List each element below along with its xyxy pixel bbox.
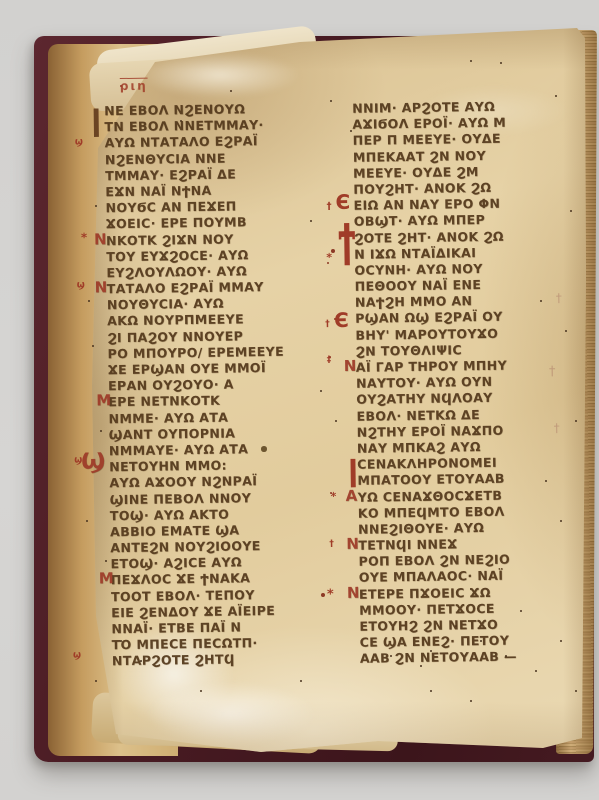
margin-cross: † [327,202,332,212]
line-text: ΚΟ ΜΠΕϤΜΤΟ ΕΒΟΛ [358,503,505,520]
margin-siglum: ϣ [75,138,84,148]
line-text: ΑΪ ΓΑΡ ΤΗΡΟΥ ΜΠΗΥ [356,358,507,375]
margin-siglum: ‡ [327,356,332,365]
line-text: Ν ΙϪΩ ΝΤΑΪΔΙΚΑΙ [354,245,476,262]
line-text: ΝΤΑΡϨΟΤΕ ϨΗΤϤ [112,652,235,669]
line-text: ΑΑΒ ϨΝ ΝΕΤΟΥΑΑΒ — [360,649,517,666]
line-text: ΠΕΡ Π ΜΕΕΥΕ· ΟΥΔΕ [353,131,501,148]
line-text: ϢΙΝΕ ΠΕΒΟΛ ΝΝΟΥ [110,490,252,507]
initial-letter: Ν [346,536,359,552]
margin-siglum: * [327,588,334,601]
line-text: ϪΟΕΙC· ΕΡΕ ΠΟΥΜΒ [106,215,247,232]
line-text: ΕΥϨΛΟΥΛΩΟΥ· ΑΥΩ [106,263,247,280]
line-text: ΝΚΟΤΚ ϨΙϪΝ ΝΟΥ [106,231,234,248]
line-text: ΤΜΜΑΥ· ΕϨΡΑΪ ΔΕ [105,166,236,183]
line-text: ΑΒΒΙΟ ΕΜΑΤΕ ϢΑ [110,522,240,539]
margin-siglum: * [326,252,332,263]
line-text: ΑΥΩ ΝΤΑΤΑΛΟ ΕϨΡΑΪ [105,133,258,150]
rubric-initial-e: Є [334,310,349,330]
line-text: ΝΕ ΕΒΟΛ ΝϨΕΝΟΥΩ [104,101,245,118]
line-text: ϨΝ ΤΟΥΘΛΙΨΙC [355,342,462,358]
line-text: ΤΟΟΤ ΕΒΟΛ· ΤΕΠΟΥ [111,587,255,604]
line-text: ΝϨΕΝΘΥCΙΑ ΝΝΕ [105,150,226,167]
line-text: ΑΚΩ ΝΟΥΡΠΜΕΕΥΕ [107,312,244,329]
line-text: ΝΝΙΜ· ΑΡϨΟΤΕ ΑΥΩ [352,99,495,116]
line-text: ΤΕΤΝϤΙ ΝΝΕϪ [358,536,457,552]
line-text: ΤΟ ΜΠΕCΕ ΠΕCΩΤΠ· [112,635,258,652]
text-line: ΝΤΑΡϨΟΤΕ ϨΗΤϤ [112,650,348,669]
line-text: ΝΑϮϨΗ ΜΜΟ ΑΝ [355,293,473,310]
rubric-initial-e: Є [335,192,350,212]
line-text: ϪΕ ΕΡϢΑΝ ΟΥΕ ΜΜΟΪ [108,360,266,377]
line-text: ΝϨΤΗΥ ΕΡΟΪ ΝΑϪΠΟ [357,422,504,439]
line-text: ΕΤΟϢ· ΑϨΙCΕ ΑΥΩ [110,555,242,572]
line-text: ΕΡΕ ΝΕΤΝΚΟΤΚ [108,393,220,410]
line-text: ΡΟΠ ΕΒΟΛ ϨΝ ΝΕϨΙΟ [358,552,510,569]
line-text: ΤΟϢ· ΑΥΩ ΑΚΤΟ [110,506,230,523]
line-text: ΡϢΑΝ ΩϢ ΕϨΡΑΪ ΟΥ [355,309,503,326]
line-text: ΤΑΤΑΛΟ ΕϨΡΑΪ ΜΜΑΥ [107,279,264,296]
line-text: ΠΕϪΛΟC ϪΕ ϮΝΑΚΑ [111,571,251,588]
line-text: ΥΩ CΕΝΑϪΘΟCϪΕΤΒ [358,487,503,504]
line-text: CΕΝΑΚΛΗΡΟΝΟΜΕΙ [357,455,497,472]
staurogram: ϯ [338,220,356,265]
line-text: CΕ ϢΑ ΕΝΕϨ· ΠΕΤΟΥ [360,633,510,650]
margin-siglum: ϣ [73,651,82,661]
line-text: ΕΤΕΡΕ ΠϪΟΕΙC ϪΩ [359,585,491,602]
line-text: ΝΑΥ ΜΠΚΑϨ ΑΥΩ [357,439,481,456]
text-column-left: ΝΕ ΕΒΟΛ ΝϨΕΝΟΥΩΤΝ ΕΒΟΛ ΝΝΕΤΜΜΑΥ·ΑΥΩ ΝΤΑΤ… [104,100,348,670]
line-text: ΕΒΟΛ· ΝΕΤΚΩ ΔΕ [356,407,480,424]
line-text: ΝΝΑΪ· ΕΤΒΕ ΠΑΪ Ν [111,619,241,636]
ekthesis-initial-left: Ι [91,105,101,144]
line-text: ΜΠΑΤΟΟΥ ΕΤΟΥΑΑΒ [357,471,505,488]
initial-letter: Ν [344,358,357,374]
rubric-initial-i: Ι [348,456,358,495]
line-text: ΟΥϨΑΤΗΥ ΝϤΛΟΑΥ [356,390,493,407]
line-text: ΟΥΕ ΜΠΑΛΑΟC· ΝΑΪ [359,568,504,585]
margin-cross: † [329,540,334,549]
line-text: ΝΑΥΤΟΥ· ΑΥΩ ΟΥΝ [356,374,493,391]
text-column-right: ΝΝΙΜ· ΑΡϨΟΤΕ ΑΥΩΑϪΙϬΟΛ ΕΡΟΪ· ΑΥΩ ΜΠΕΡ Π … [352,98,580,668]
offset-cross: † [556,292,562,304]
line-text: ΑϪΙϬΟΛ ΕΡΟΪ· ΑΥΩ Μ [352,115,506,132]
line-text: ΝΟΥϬC ΑΝ ΠΕϪΕΠ [105,199,236,216]
line-text: ΟΒϢΤ· ΑΥΩ ΜΠΕΡ [354,212,486,229]
margin-cross: † [325,320,330,329]
line-text: ΕΙΕ ϨΕΝΔΟΥ ϪΕ ΑΪΕΙΡΕ [111,603,275,620]
line-text: ΕΙΩ ΑΝ ΝΑΥ ΕΡΟ ΦΝ [353,196,500,213]
initial-letter: Ν [347,584,360,600]
line-text: ΜΠΕΚΑΑΤ ϨΝ ΝΟΥ [353,148,486,165]
line-text: ΡΟ ΜΠΟΥΡΟ/ ΕΡΕΜΕΕΥΕ [108,344,285,361]
line-text: ϢΑΝΤ ΟΥΠΟΡΝΙΑ [109,425,236,442]
text-line: ΑΑΒ ϨΝ ΝΕΤΟΥΑΑΒ — [360,648,580,667]
line-text: ΝΕΤΟΥΗΝ ΜΜΟ: [109,458,227,475]
initial-letter: Ν [94,231,107,247]
dirt-specks [0,0,2,2]
margin-marks: Ιϣ*ϣϣϣ†Єϯ*†Є‡Ι*†*††† [0,0,594,5]
line-text: ΤΝ ΕΒΟΛ ΝΝΕΤΜΜΑΥ· [104,117,263,134]
line-text: ΑΥΩ ΑϪΟΟΥ ΝϨΝΡΑΪ [109,473,257,490]
initial-letter: Μ [99,571,115,587]
margin-siglum: * [81,232,87,244]
line-text: ΕϪΝ ΝΑΪ ΝϮΝΑ [105,183,211,199]
line-text: ΕΡΑΝ ΟΥϨΟΥΟ· Α [108,377,234,394]
line-text: ΜΕΕΥΕ· ΟΥΔΕ ϨΜ [353,164,479,181]
initial-letter: Μ [96,393,112,409]
initial-letter: Ϣ [81,454,106,471]
manuscript-photo: ριη ΝΕ ΕΒΟΛ ΝϨΕΝΟΥΩΤΝ ΕΒΟΛ ΝΝΕΤΜΜΑΥ·ΑΥΩ … [0,0,599,800]
initial-letter: Ν [95,279,108,295]
line-text: ΕΤΟΥΗϨ ϨΝ ΝΕΤϪΟ [359,617,498,634]
line-text: ΝΝΕϨΙΘΟΥΕ· ΑΥΩ [358,520,484,537]
line-text: ΑΝΤΕϨΝ ΝΟΥϨΙΟΟΥΕ [110,538,261,555]
line-text: ΠΕΘΟΟΥ ΝΑΪ ΕΝΕ [355,277,482,294]
margin-siglum: ϣ [74,456,83,466]
line-text: ϨΟΤΕ ϨΗΤ· ΑΝΟΚ ϨΩ [354,228,504,245]
line-text: ΜΜΟΟΥ· ΠΕΤϪΟCΕ [359,601,495,618]
margin-siglum: * [331,491,337,502]
page-number: ριη [120,79,148,93]
margin-siglum: ϣ [77,281,86,291]
offset-cross: † [554,422,560,434]
line-text: ΝΜΜΕ· ΑΥΩ ΑΤΑ [108,409,228,426]
line-text: ΝΟΥΘΥCΙΑ· ΑΥΩ [107,296,224,313]
text-layer: ριη ΝΕ ΕΒΟΛ ΝϨΕΝΟΥΩΤΝ ΕΒΟΛ ΝΝΕΤΜΜΑΥ·ΑΥΩ … [0,0,599,800]
line-text: ΝΜΜΑΥΕ· ΑΥΩ ΑΤΑ [109,441,248,458]
line-text: ϨΙ ΠΑϨΟΥ ΝΝΟΥΕΡ [107,328,243,345]
offset-cross: † [549,365,556,378]
line-text: ΟCΥΝΗ· ΑΥΩ ΝΟΥ [354,261,483,278]
line-text: ΒΗΥ' ΜΑΡΟΥΤΟΥϪΟ [355,325,498,342]
line-text: ΤΟΥ ΕΥϪϨΟCΕ· ΑΥΩ [106,247,249,264]
line-text: ΠΟΥϨΗΤ· ΑΝΟΚ ϨΩ [353,180,491,197]
